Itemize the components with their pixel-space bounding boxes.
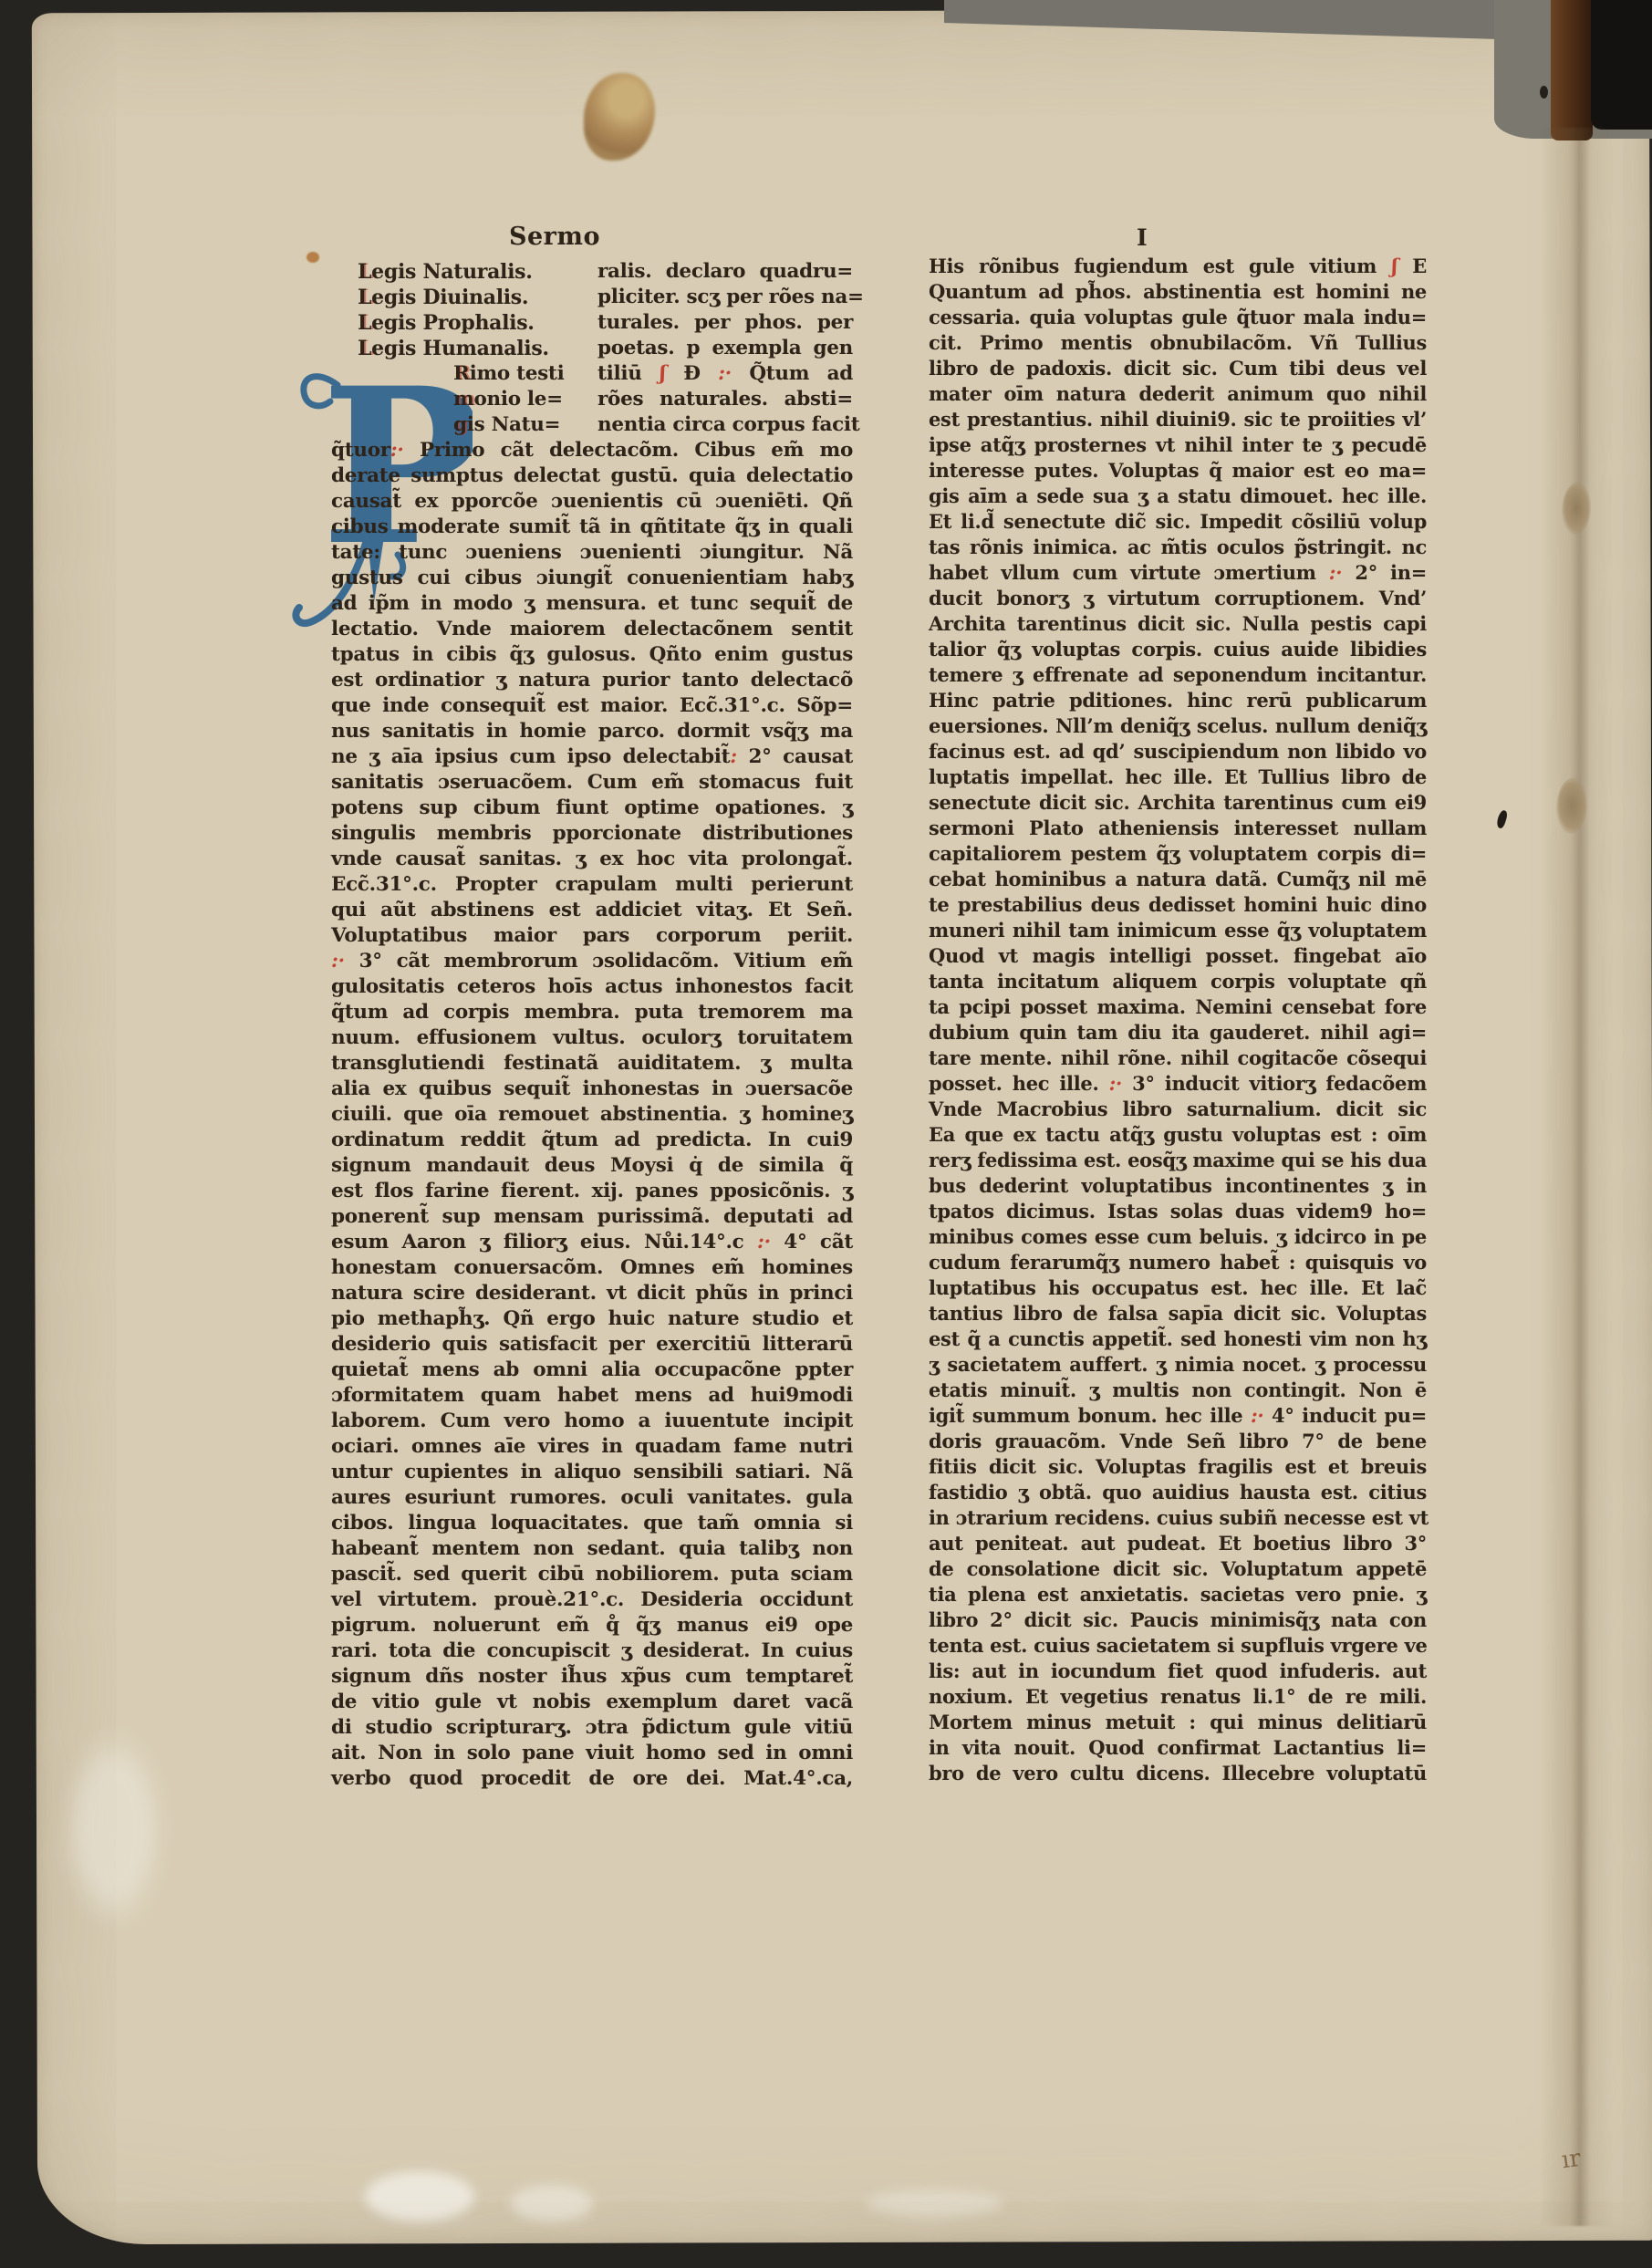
rubricated-capital: R xyxy=(453,362,470,385)
text-line: :· 3° cãt membrorum ɔsolidacõm. Vitium e… xyxy=(331,949,853,974)
left-text-column: q̃tuor:· Primo cãt delectacõm. Cibus em̃… xyxy=(331,438,853,1792)
text-line: fitiis dicit sic. Voluptas fragilis est … xyxy=(929,1454,1427,1480)
text-line: quietat̃ mens ab omni alia occupacõne pp… xyxy=(331,1358,853,1383)
text-line: gulositatis ceteros hoīs actus inhonesto… xyxy=(331,974,853,1000)
text-line: nus sanitatis in homie parco. dormit vsq… xyxy=(331,719,853,744)
text-line: cebat hominibus a natura datã. Cumq̃ʒ ni… xyxy=(929,867,1427,892)
folio-numeral: I xyxy=(1137,224,1148,251)
text-line: rerʒ fedissima est. eosq̃ʒ maxime qui se… xyxy=(929,1148,1427,1173)
rubric-mark: :· xyxy=(390,439,404,462)
text-line: pigrum. noluerunt em̃ q̊ q̃ʒ manus ei9 o… xyxy=(331,1613,853,1639)
text-line: ad ip̃m in modo ʒ mensura. et tunc sequi… xyxy=(331,591,853,617)
text-line: tare mente. nihil rõne. nihil cogitacõe … xyxy=(929,1046,1427,1071)
text-line: cit. Primo mentis obnubilacõm. Vñ Tulliu… xyxy=(929,330,1427,356)
text-line: que inde consequit̃ est maior. Ecc̃.31°.… xyxy=(331,693,853,719)
text-line: aures esuriunt rumores. oculi vanitates.… xyxy=(331,1485,853,1511)
text-line: ʒ sacietatem auffert. ʒ nimia nocet. ʒ p… xyxy=(929,1352,1427,1378)
edge-stain xyxy=(64,1733,164,1925)
rubricated-capital: g xyxy=(453,413,467,436)
text-line: ɔformitatem quam habet mens ad hui9modi xyxy=(331,1383,853,1409)
text-line: di studio scripturarʒ. ɔtra p̃dictum gul… xyxy=(331,1715,853,1741)
rubricated-capital: L xyxy=(358,337,371,360)
text-line: temere ʒ effrenate ad seponendum incitan… xyxy=(929,662,1427,688)
text-line: monio le= xyxy=(453,387,588,412)
text-line: ne ʒ aīa ipsius cum ipso delectabit̃: 2°… xyxy=(331,744,853,770)
small-stain xyxy=(307,252,319,263)
rubric-mark: :· xyxy=(757,1231,771,1254)
text-line: alia ex quibus sequit̃ inhonestas in ɔue… xyxy=(331,1077,853,1102)
text-line: cibus moderate sumit̃ tã in qñtitate q̃ʒ… xyxy=(331,515,853,540)
text-line: gustus cui cibus ɔiungit̃ conuenientiam … xyxy=(331,566,853,591)
text-line: tanta incitatum aliquem corpis voluptate… xyxy=(929,969,1427,994)
text-line: qui aũt abstinens est addiciet vitaʒ. Et… xyxy=(331,898,853,923)
text-line: est q̃ a cunctis appetit̃. sed honesti v… xyxy=(929,1326,1427,1352)
wormhole xyxy=(1540,86,1548,99)
text-line: vel virtutem. prouè.21°.c. Desideria occ… xyxy=(331,1587,853,1613)
text-line: Vnde Macrobius libro saturnalium. dicit … xyxy=(929,1097,1427,1122)
scuff-mark xyxy=(365,2171,474,2221)
text-line: Quod vt magis intelligi posset. fingebat… xyxy=(929,943,1427,969)
text-line: de consolatione dicit sic. Voluptatum ap… xyxy=(929,1556,1427,1582)
text-line: ponerent̃ sup mensam purissimã. deputati… xyxy=(331,1204,853,1230)
text-line: poetas. p exempla gen xyxy=(597,336,853,361)
text-line: tate: tunc ɔueniens ɔuenienti ɔiungitur.… xyxy=(331,540,853,566)
rubric-mark: :· xyxy=(1251,1404,1263,1427)
text-line: ociari. omnes aīe vires in quadam fame n… xyxy=(331,1434,853,1460)
text-line: sanitatis ɔseruacõem. Cum em̃ stomacus f… xyxy=(331,770,853,796)
text-line: ta pcipi posset maxima. Nemini censebat … xyxy=(929,994,1427,1020)
text-line: ordinatum reddit q̃tum ad predicta. In c… xyxy=(331,1128,853,1153)
text-line: euersiones. Nll’m deniq̃ʒ scelus. nullum… xyxy=(929,713,1427,739)
incipit-left-lines: Rimo testimonio le=gis Natu= xyxy=(453,361,588,438)
text-line: Et li.d̃ senectute dic̃ sic. Impedit cõs… xyxy=(929,509,1427,535)
text-line: vnde causat̃ sanitas. ʒ ex hoc vita prol… xyxy=(331,847,853,872)
text-line: desiderio quis satisfacit per exercitiū … xyxy=(331,1332,853,1358)
text-line: etatis minuit̃. ʒ multis non contingit. … xyxy=(929,1378,1427,1403)
text-line: tantius libro de falsa sapīa dicit sic. … xyxy=(929,1301,1427,1326)
scanned-book-page: { "page": { "running_title": "Sermo", "f… xyxy=(0,0,1652,2268)
rubricated-capital: m xyxy=(453,388,473,411)
text-line: q̃tum ad corpis membra. puta tremorem ma xyxy=(331,1000,853,1025)
text-line: est flos farine fierent. xij. panes ppos… xyxy=(331,1179,853,1204)
margin-index-list: Legis Naturalis.Legis Diuinalis.Legis Pr… xyxy=(358,259,581,361)
rubric-mark: ʃ xyxy=(660,362,666,385)
text-line: Ecc̃.31°.c. Propter crapulam multi perie… xyxy=(331,872,853,898)
text-line: dubium quin tam diu ita gauderet. nihil … xyxy=(929,1020,1427,1046)
text-line: igit̃ summum bonum. hec ille :· 4° induc… xyxy=(929,1403,1427,1429)
text-line: pio methaph̃ʒ. Qñ ergo huic nature studi… xyxy=(331,1306,853,1332)
text-line: libro 2° dicit sic. Paucis minimisq̃ʒ na… xyxy=(929,1607,1427,1633)
rubric-mark: ʃ xyxy=(1391,255,1397,277)
rubricated-capital: L xyxy=(358,311,371,335)
text-line: verbo quod procedit de ore dei. Mat.4°.c… xyxy=(331,1766,853,1792)
rubricated-capital: L xyxy=(358,260,371,284)
binding-shadow xyxy=(1591,0,1652,130)
text-line: causat̃ ex pporcõe ɔuenientis cū ɔueniēt… xyxy=(331,489,853,515)
text-line: est prestantius. nihil diuini9. sic te p… xyxy=(929,407,1427,432)
text-line: Legis Humanalis. xyxy=(358,336,581,361)
text-line: Archita tarentinus dicit sic. Nulla pest… xyxy=(929,611,1427,637)
text-line: libro de padoxis. dicit sic. Cum tibi de… xyxy=(929,356,1427,381)
text-line: posset. hec ille. :· 3° inducit vitiorʒ … xyxy=(929,1071,1427,1097)
right-text-column: His rõnibus fugiendum est gule vitium ʃ … xyxy=(929,254,1427,1786)
text-line: ipse atq̃ʒ prosternes vt nihil inter te … xyxy=(929,432,1427,458)
running-title: Sermo xyxy=(509,223,600,251)
text-line: pascit̃. sed querit cibū nobiliorem. put… xyxy=(331,1562,853,1587)
text-line: nuum. effusionem vultus. oculorʒ toruita… xyxy=(331,1025,853,1051)
text-line: noxium. Et vegetius renatus li.1° de re … xyxy=(929,1684,1427,1710)
marginal-annotation: ır xyxy=(1560,2145,1583,2175)
text-line: talior q̃ʒ voluptas corpis. cuius auide … xyxy=(929,637,1427,662)
text-line: derate sumptus delectat gustū. quia dele… xyxy=(331,463,853,489)
rubric-mark: :· xyxy=(1329,561,1342,584)
text-line: mater oīm natura dederit animum quo nihi… xyxy=(929,381,1427,407)
text-line: habet vllum cum virtute ɔmertium :· 2° i… xyxy=(929,560,1427,586)
text-line: luptatibus his occupatus est. hec ille. … xyxy=(929,1275,1427,1301)
incipit-right-lines: ralis. declaro quadru=pliciter. scʒ per … xyxy=(597,259,853,438)
text-line: cibos. lingua loquacitates. que tam̃ omn… xyxy=(331,1511,853,1536)
text-line: lis: aut in iocundum fiet quod infuderis… xyxy=(929,1659,1427,1684)
text-line: cudum ferarumq̃ʒ numero habet̃ : quisqui… xyxy=(929,1250,1427,1275)
text-line: pliciter. scʒ per rões na= xyxy=(597,285,853,310)
text-line: tenta est. cuius sacietatem si supfluis … xyxy=(929,1633,1427,1659)
text-line: interesse putes. Voluptas q̃ maior est e… xyxy=(929,458,1427,484)
rubric-mark: :· xyxy=(1109,1072,1122,1095)
text-line: lectatio. Vnde maiorem delectacõnem sent… xyxy=(331,617,853,642)
text-line: tpatus in cibis q̃ʒ gulosus. Qñto enim g… xyxy=(331,642,853,668)
text-line: tpatos dicimus. Istas solas duas videm9 … xyxy=(929,1199,1427,1224)
text-line: Voluptatibus maior pars corporum periit. xyxy=(331,923,853,949)
rubricated-capital: L xyxy=(358,286,371,309)
text-line: senectute dicit sic. Archita tarentinus … xyxy=(929,790,1427,816)
rubric-mark: :· xyxy=(718,362,732,385)
text-line: laborem. Cum vero homo a iuuentute incip… xyxy=(331,1409,853,1434)
text-line: bro de vero cultu dicens. Illecebre volu… xyxy=(929,1761,1427,1786)
text-line: honestam conuersacõm. Omnes em̃ homines xyxy=(331,1255,853,1281)
scuff-mark xyxy=(511,2185,593,2221)
gutter-crease xyxy=(1540,128,1613,2226)
text-line: cessaria. quia voluptas gule q̃tuor mala… xyxy=(929,305,1427,330)
text-line: Legis Prophalis. xyxy=(358,310,581,336)
text-line: tas rõnis inimica. ac m̃tis oculos p̃str… xyxy=(929,535,1427,560)
text-line: ciuili. que oīa remouet abstinentia. ʒ h… xyxy=(331,1102,853,1128)
text-line: Rimo testi xyxy=(453,361,588,387)
scuff-mark xyxy=(867,2190,1003,2217)
text-line: rões naturales. absti= xyxy=(597,387,853,412)
text-line: ait. Non in solo pane viuit homo sed in … xyxy=(331,1741,853,1766)
text-line: signum dñs noster ih̃us xp̃us cum tempta… xyxy=(331,1664,853,1690)
text-line: potens sup cibum fiunt optime opationes.… xyxy=(331,796,853,821)
text-line: Legis Diuinalis. xyxy=(358,285,581,310)
text-line: natura scire desiderant. vt dicit phũs i… xyxy=(331,1281,853,1306)
text-line: nentia circa corpus facit xyxy=(597,412,853,438)
text-line: untur cupientes in aliquo sensibili sati… xyxy=(331,1460,853,1485)
text-line: gis Natu= xyxy=(453,412,588,438)
text-line: est ordinatior ʒ natura purior tanto del… xyxy=(331,668,853,693)
text-line: tia plena est anxietatis. sacietas vero … xyxy=(929,1582,1427,1607)
text-line: esum Aaron ʒ filiorʒ eius. Nůi.14°.c :· … xyxy=(331,1230,853,1255)
text-line: in ɔtrarium recidens. cuius subiñ necess… xyxy=(929,1505,1427,1531)
text-line: His rõnibus fugiendum est gule vitium ʃ … xyxy=(929,254,1427,279)
text-line: fastidio ʒ obtã. quo auidius hausta est.… xyxy=(929,1480,1427,1505)
text-line: te prestabilius deus dedisset homini hui… xyxy=(929,892,1427,918)
text-line: Mortem minus metuit : qui minus delitiar… xyxy=(929,1710,1427,1735)
text-line: Hinc patrie pditiones. hinc rerū publica… xyxy=(929,688,1427,713)
text-line: transglutiendi festinatã auiditatem. ʒ m… xyxy=(331,1051,853,1077)
text-line: Quantum ad ph̃os. abstinentia est homini… xyxy=(929,279,1427,305)
text-line: q̃tuor:· Primo cãt delectacõm. Cibus em̃… xyxy=(331,438,853,463)
binding-spine xyxy=(1551,0,1593,140)
text-line: aut peniteat. aut pudeat. Et boetius lib… xyxy=(929,1531,1427,1556)
rubric-mark: : xyxy=(730,745,737,768)
text-line: minibus comes esse cum beluis. ʒ idcirco… xyxy=(929,1224,1427,1250)
text-line: ralis. declaro quadru= xyxy=(597,259,853,285)
text-line: turales. per phos. per xyxy=(597,310,853,336)
text-line: Ea que ex tactu atq̃ʒ gustu voluptas est… xyxy=(929,1122,1427,1148)
text-line: de vitio gule vt nobis exemplum daret va… xyxy=(331,1690,853,1715)
text-line: singulis membris pporcionate distributio… xyxy=(331,821,853,847)
text-line: habeant̃ mentem non sedant. quia talibʒ … xyxy=(331,1536,853,1562)
text-line: luptatis impellat. hec ille. Et Tullius … xyxy=(929,765,1427,790)
text-line: Legis Naturalis. xyxy=(358,259,581,285)
text-line: sermoni Plato atheniensis interesset nul… xyxy=(929,816,1427,841)
text-line: signum mandauit deus Moysi q̇ de simila … xyxy=(331,1153,853,1179)
text-line: bus dederint voluptatibus incontinentes … xyxy=(929,1173,1427,1199)
text-line: muneri nihil tam inimicum esse q̃ʒ volup… xyxy=(929,918,1427,943)
text-line: gis aīm a sede sua ʒ a statu dimouet. he… xyxy=(929,484,1427,509)
text-line: ducit bonorʒ ʒ virtutum corruptionem. Vn… xyxy=(929,586,1427,611)
text-line: rari. tota die concupiscit ʒ desiderat. … xyxy=(331,1639,853,1664)
text-line: in vita nouit. Quod confirmat Lactantius… xyxy=(929,1735,1427,1761)
text-line: doris grauacõm. Vnde Señ libro 7° de ben… xyxy=(929,1429,1427,1454)
text-line: facinus est. ad qd’ suscipiendum non lib… xyxy=(929,739,1427,765)
rubric-mark: :· xyxy=(331,950,345,973)
text-line: capitaliorem pestem q̃ʒ voluptatem corpi… xyxy=(929,841,1427,867)
text-line: tiliū ʃ Ð :· Q̃tum ad xyxy=(597,361,853,387)
